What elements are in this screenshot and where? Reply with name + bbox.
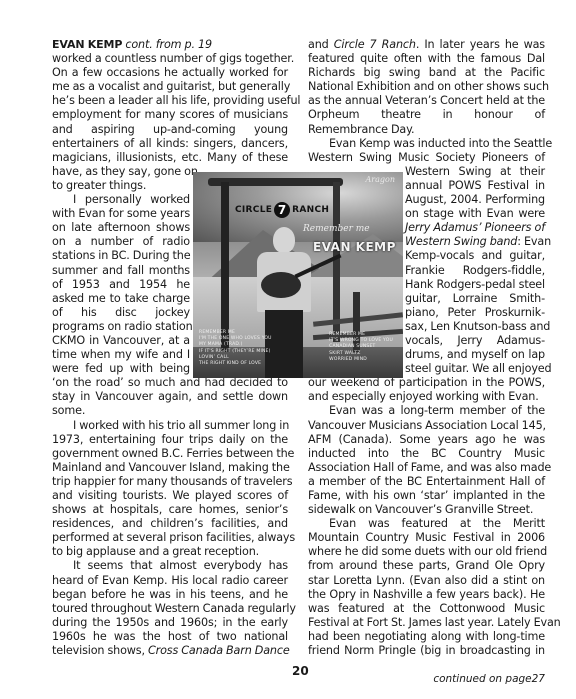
paragraph-8: Evan was featured at the Meritt Mountain…: [308, 517, 545, 658]
sign-text: CIRCLE: [235, 205, 272, 215]
text-line: employment for many scores of musicians: [52, 108, 288, 122]
text-line: Evan Kemp was inducted into the Seattle: [308, 137, 545, 151]
text-line: heard of Evan Kemp. His local radio care…: [52, 574, 288, 588]
text-line: residences, and children’s facilities, a…: [52, 517, 288, 531]
text-line: Frankie Rodgers-fiddle,: [405, 264, 545, 278]
track-title: If it's right (they’re mine): [199, 349, 272, 355]
text-line: and visiting tourists. We played scores …: [52, 489, 288, 503]
text-line: where he did some duets with our old fri…: [308, 545, 545, 559]
text-line: featured quite often with the famous Dal: [308, 52, 545, 66]
text-span: . In later years he was: [416, 38, 545, 51]
text-line: on stage with Evan were: [405, 207, 545, 221]
paragraph-3: I worked with his trio all summer long i…: [52, 419, 288, 560]
text-line: the Opry in Nashville a few years back).…: [308, 588, 545, 602]
text-line: Kemp-vocals and guitar,: [405, 249, 545, 263]
text-line: drums, and myself on lap: [405, 348, 545, 362]
text-line: Western Swing band: Evan: [405, 235, 545, 249]
text-line: I personally worked: [52, 193, 190, 207]
text-line: CKMO in Vancouver, at a: [52, 334, 190, 348]
text-line: Western Swing Music Society Pioneers of: [308, 151, 545, 165]
text-line: star Loretta Lynn. (Evan also did a stin…: [308, 574, 545, 588]
text-line: me as a vocalist and guitarist, but gene…: [52, 80, 288, 94]
text-line: had been negotiating along with long-tim…: [308, 630, 545, 644]
text-line: shows at hospitals, care homes, senior’s: [52, 503, 288, 517]
text-line: sax, Len Knutson-bass and: [405, 320, 545, 334]
text-line: trip happier for many thousands of trave…: [52, 475, 288, 489]
text-line: stations in BC. During the: [52, 249, 190, 263]
text-line: as the annual Veteran’s Concert held at …: [308, 94, 545, 108]
text-line: August, 2004. Performing: [405, 193, 545, 207]
text-line: Mainland and Vancouver Island, making th…: [52, 461, 288, 475]
paragraph-7: Evan was a long-term member of the Vanco…: [308, 404, 545, 517]
text-line: asked me to take charge: [52, 292, 190, 306]
album-artist-name: EVAN KEMP: [313, 240, 396, 254]
text-line: with Evan for some years: [52, 207, 190, 221]
text-line: on late afternoon shows: [52, 221, 190, 235]
text-line: on a number of radio: [52, 235, 190, 249]
track-title: Worried mind: [329, 357, 393, 363]
text-line: performed at several prison facilities, …: [52, 531, 288, 545]
text-line: Festival at Fort St. James last year. La…: [308, 616, 545, 630]
text-line: Evan was featured at the Meritt: [308, 517, 545, 531]
text-line: steel guitar. We all enjoyed: [405, 362, 545, 376]
text-line: Vancouver Musicians Association Local 14…: [308, 419, 545, 433]
ranch-gate-post: [221, 182, 229, 352]
album-subtitle: Remember me: [303, 224, 370, 234]
paragraph-5: and Circle 7 Ranch. In later years he wa…: [308, 38, 545, 137]
text-line: 1973, entertaining four trips daily on t…: [52, 433, 288, 447]
text-span: and: [308, 38, 334, 51]
text-line: sidewalk on Vancouver’s Granville Street…: [308, 503, 545, 517]
band-name-italic: Western Swing band: [405, 235, 517, 248]
sign-number-badge: 7: [274, 202, 290, 218]
text-line: our weekend of participation in the POWS…: [308, 376, 545, 390]
text-line: Remembrance Day.: [308, 123, 545, 137]
text-line: friend Norm Pringle (big in broadcasting…: [308, 644, 545, 658]
text-line: I worked with his trio all summer long i…: [52, 419, 288, 433]
text-line: summer and fall months: [52, 264, 190, 278]
text-line: piano, Peter Proskurnik-: [405, 306, 545, 320]
text-line: during the 1950s and 1960s; in the early: [52, 616, 288, 630]
paragraph-4: It seems that almost everybody has heard…: [52, 559, 288, 658]
text-line: Hank Rodgers-pedal steel: [405, 278, 545, 292]
text-line: annual POWS Festival in: [405, 179, 545, 193]
text-line: to big applause and a great reception.: [52, 545, 288, 559]
text-line: were fed up with being: [52, 362, 190, 376]
text-line: programs on radio station: [52, 320, 190, 334]
page-number: 20: [292, 664, 309, 678]
text-span: : Evan: [517, 235, 551, 248]
text-line: 1960s he was the host of two national: [52, 630, 288, 644]
text-line: time when my wife and I: [52, 348, 190, 362]
record-label-logo: Aragon: [366, 175, 395, 184]
article-heading: EVAN KEMP cont. from p. 19: [52, 38, 288, 52]
text-line: guitar, Lorraine Smith-: [405, 292, 545, 306]
singer-head: [273, 227, 295, 253]
text-line: he’s been a leader all his life, providi…: [52, 94, 288, 108]
text-line: and Circle 7 Ranch. In later years he wa…: [308, 38, 545, 52]
sign-text: RANCH: [292, 205, 329, 215]
text-line: a member of the BC Entertainment Hall of: [308, 475, 545, 489]
text-line: Orpheum theatre in honour of: [308, 108, 545, 122]
band-name-italic: Jerry Adamus’ Pioneers of: [405, 221, 545, 235]
text-line: and especially enjoyed working with Evan…: [308, 390, 545, 404]
show-title-italic: Cross Canada Barn Dance: [148, 644, 290, 657]
text-line: toured throughout Western Canada regular…: [52, 602, 288, 616]
circle-7-ranch-sign: CIRCLE 7 RANCH: [235, 202, 329, 218]
track-list-left: Remember me I'm the one who loves you My…: [199, 330, 272, 367]
text-line: stay in Vancouver again, and settle down: [52, 390, 288, 404]
text-line: have, as they say, gone on: [52, 165, 190, 179]
heading-continued-from: cont. from p. 19: [125, 38, 212, 51]
text-line: worked a countless number of gigs togeth…: [52, 52, 288, 66]
show-title-italic: Circle 7 Ranch: [334, 38, 416, 51]
text-line: Evan was a long-term member of the: [308, 404, 545, 418]
text-line: to greater things.: [52, 179, 190, 193]
text-line: of his disc jockey: [52, 306, 190, 320]
text-line: Mountain Country Music Festival in 2006: [308, 531, 545, 545]
text-line: magicians, illusionists, etc. Many of th…: [52, 151, 288, 165]
text-line: On a few occasions he actually worked fo…: [52, 66, 288, 80]
track-list-right: Remember me It’s wrong to love you Canad…: [329, 332, 393, 363]
text-line: television shows, Cross Canada Barn Danc…: [52, 644, 288, 658]
text-line: of 1953 and 1954 he: [52, 278, 190, 292]
text-line: Fame, with his own ‘star’ implanted in t…: [308, 489, 545, 503]
text-line: and aspiring up-and-coming young: [52, 123, 288, 137]
text-line: It seems that almost everybody has: [52, 559, 288, 573]
text-line: vocals, Jerry Adamus-: [405, 334, 545, 348]
text-line: from around these parts, Grand Ole Opry: [308, 559, 545, 573]
magazine-page: EVAN KEMP cont. from p. 19 worked a coun…: [0, 0, 576, 699]
track-title: The right kind of love: [199, 361, 272, 367]
text-line: National Exhibition and on other shows s…: [308, 80, 545, 94]
heading-title: EVAN KEMP: [52, 38, 122, 51]
text-line: inducted into the BC Country Music: [308, 447, 545, 461]
text-line: Association Hall of Fame, and was also m…: [308, 461, 545, 475]
text-line: began before he was in his teens, and he: [52, 588, 288, 602]
text-line: was featured at the Cottonwood Music: [308, 602, 545, 616]
text-line: AFM (Canada). Some years ago he was: [308, 433, 545, 447]
continued-on-note: continued on page27: [433, 673, 545, 685]
text-line: Richards big swing band at the Pacific: [308, 66, 545, 80]
text-line: entertainers of all kinds: singers, danc…: [52, 137, 288, 151]
album-cover-photo: CIRCLE 7 RANCH Aragon Remember me EVAN K…: [193, 172, 403, 378]
text-line: Western Swing at their: [405, 165, 545, 179]
text-span: television shows,: [52, 644, 148, 657]
text-line: ‘on the road’ so much and had decided to: [52, 376, 288, 390]
text-line: some.: [52, 404, 288, 418]
text-line: government owned B.C. Ferries between th…: [52, 447, 288, 461]
